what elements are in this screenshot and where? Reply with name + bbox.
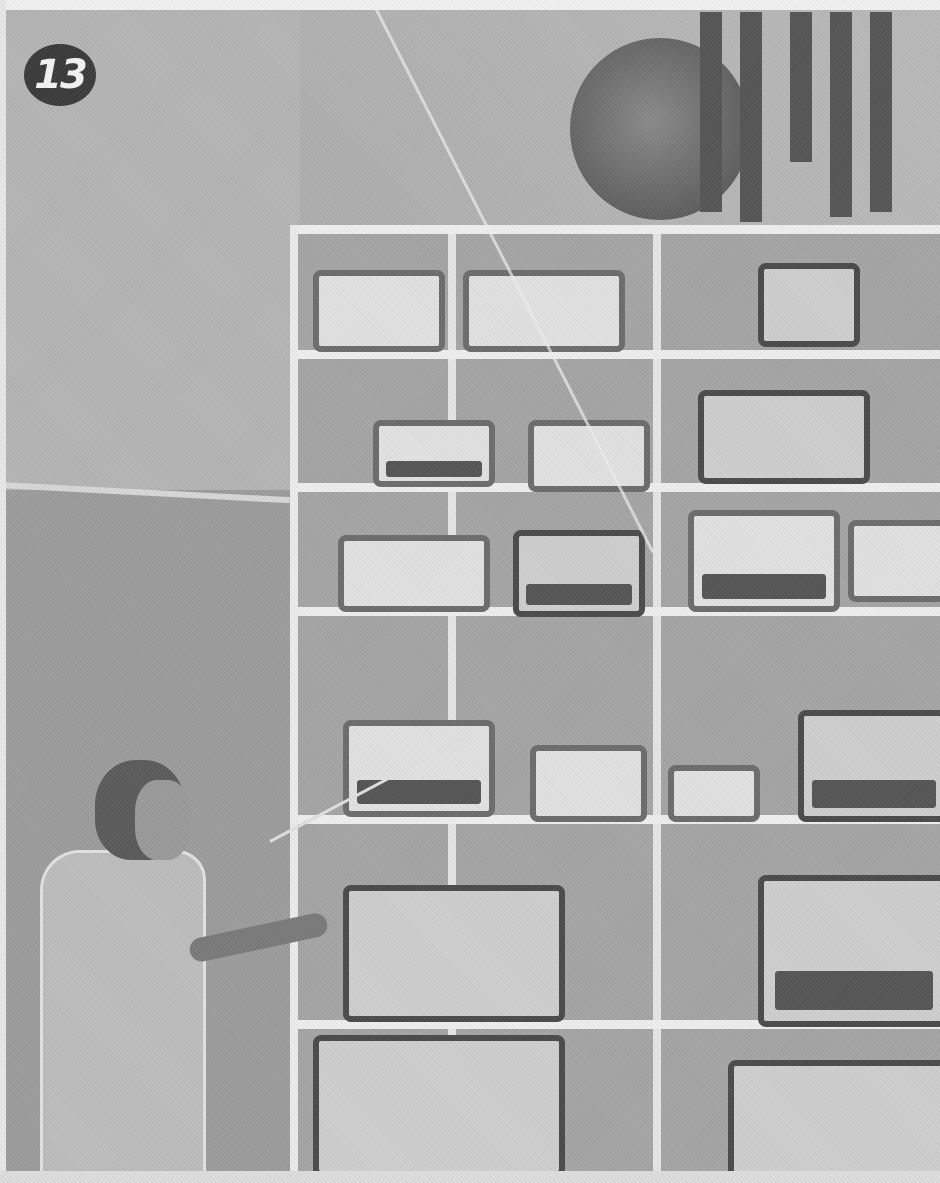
shelf-upright bbox=[653, 225, 661, 1183]
radio-set bbox=[688, 510, 840, 612]
photo-number-badge: 13 bbox=[24, 44, 96, 106]
curtain-stripe bbox=[740, 12, 762, 222]
radio-set bbox=[513, 530, 645, 617]
radio-set bbox=[373, 420, 495, 487]
radio-set bbox=[798, 710, 940, 822]
wall-portrait bbox=[570, 38, 750, 220]
woman-presenter bbox=[40, 750, 210, 1183]
shelf bbox=[298, 225, 940, 234]
radio-set bbox=[343, 885, 565, 1022]
radio-set bbox=[728, 1060, 940, 1182]
radio-set bbox=[313, 1035, 565, 1177]
radio-set bbox=[530, 745, 647, 822]
radio-set bbox=[313, 270, 445, 352]
radio-set bbox=[698, 390, 870, 484]
radio-set bbox=[758, 875, 940, 1027]
curtain-stripe bbox=[700, 12, 722, 212]
newspaper-photo: 13 bbox=[0, 0, 940, 1183]
curtain-stripe bbox=[790, 12, 812, 162]
scan-border-top bbox=[0, 0, 940, 10]
curtain-stripe bbox=[830, 12, 852, 217]
display-shelving bbox=[290, 225, 940, 1183]
curtain-stripe bbox=[870, 12, 892, 212]
radio-set bbox=[758, 263, 860, 347]
woman-face bbox=[135, 780, 190, 860]
radio-set bbox=[668, 765, 760, 822]
scan-border-bottom bbox=[0, 1171, 940, 1183]
woman-shirt bbox=[40, 850, 206, 1183]
radio-set bbox=[338, 535, 490, 612]
scan-border-left bbox=[0, 0, 6, 1183]
radio-set bbox=[848, 520, 940, 602]
